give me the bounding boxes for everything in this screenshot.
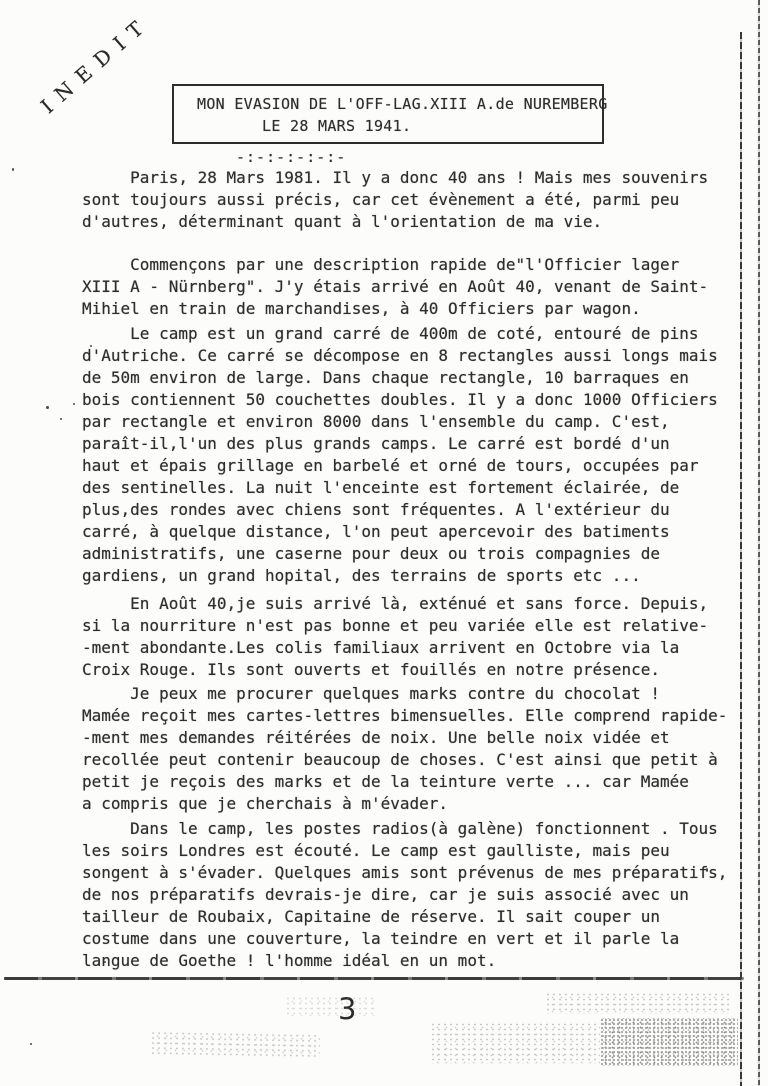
page-number: 3 [338,992,356,1026]
document-page: INEDIT MON EVASION DE L'OFF-LAG.XIII A.d… [0,0,768,1086]
scan-edge-line-outer [758,0,760,1086]
ink-speck [706,868,708,872]
paragraph-camp: Le camp est un grand carré de 400m de co… [82,323,742,587]
paragraph-food-parcels: En Août 40,je suis arrivé là, exténué et… [82,593,742,681]
ink-speck [46,406,49,409]
title-line-1: MON EVASION DE L'OFF-LAG.XIII A.de NUREM… [174,95,602,113]
scan-noise-patch [545,992,730,1014]
footer-rule [4,977,744,980]
scan-edge-line-inner [740,32,742,1086]
paragraph-walnuts: Je peux me procurer quelques marks contr… [82,683,742,815]
scan-noise-patch [600,1018,738,1066]
ink-speck [104,961,106,963]
paragraph-preparations: Dans le camp, les postes radios(à galène… [82,818,742,972]
ink-speck [90,345,92,347]
title-separator: -:-:-:-:-:- [236,148,346,166]
scan-noise-patch [285,996,375,1016]
ink-speck [30,1043,32,1045]
paragraph-arrival: Commençons par une description rapide de… [82,254,742,320]
scan-noise-patch [430,1022,600,1064]
ink-speck [12,168,14,171]
document-body: Paris, 28 Mars 1981. Il y a donc 40 ans … [82,167,742,975]
title-box: MON EVASION DE L'OFF-LAG.XIII A.de NUREM… [172,84,604,144]
scan-noise-patch [150,1031,320,1058]
title-line-2: LE 28 MARS 1941. [174,117,602,135]
inedit-annotation: INEDIT [36,10,155,118]
ink-speck [60,418,62,420]
paragraph-intro: Paris, 28 Mars 1981. Il y a donc 40 ans … [82,167,742,233]
ink-speck [73,403,75,405]
